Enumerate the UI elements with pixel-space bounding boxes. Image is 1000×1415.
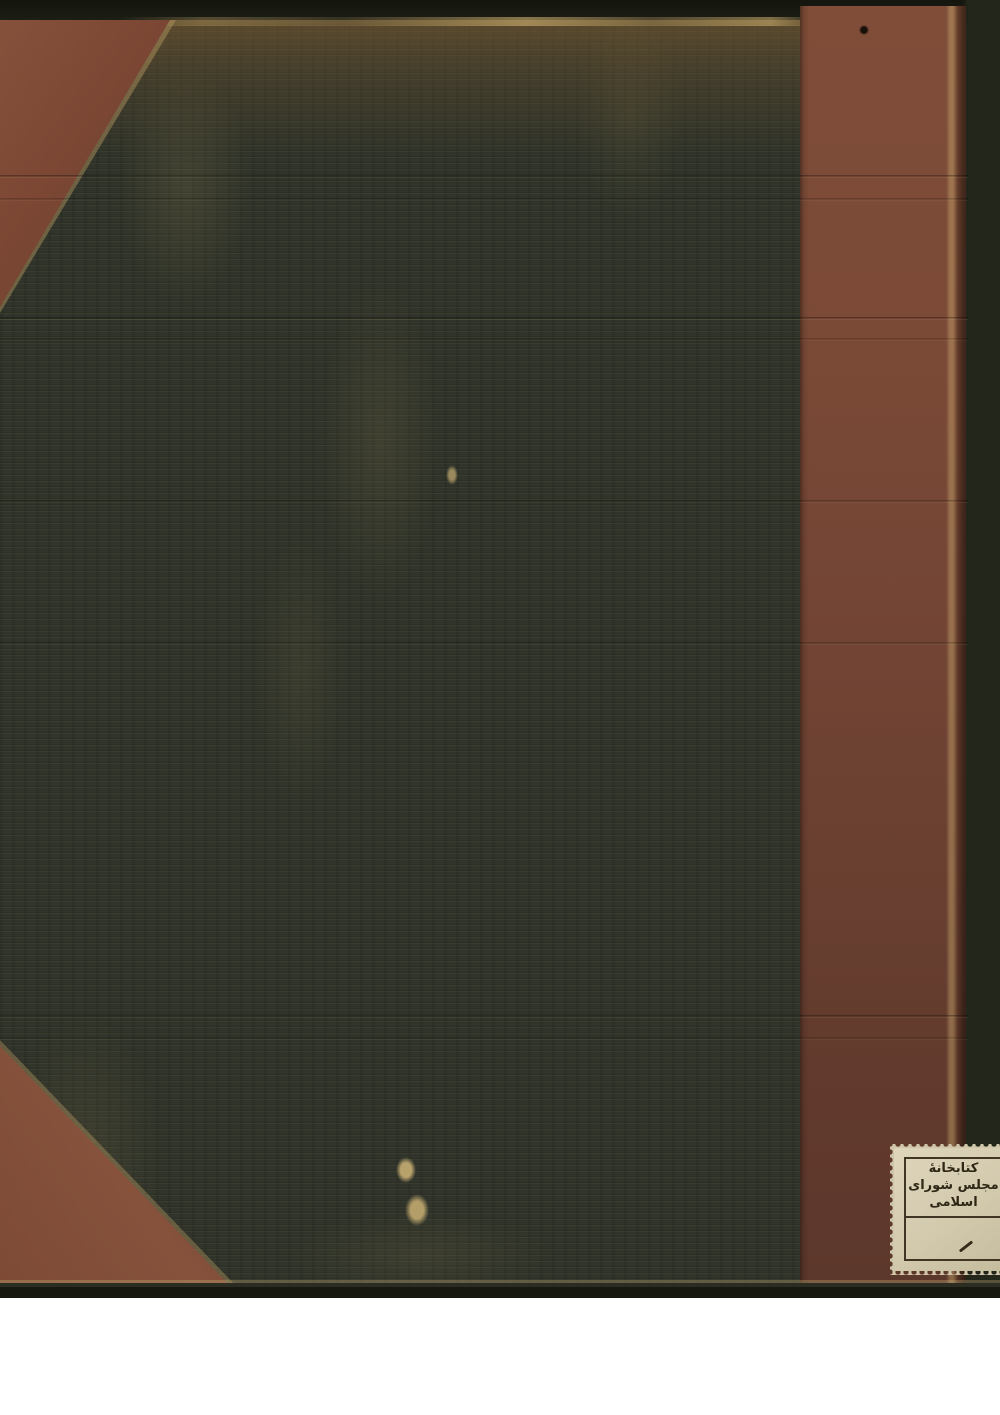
label-divider-line bbox=[906, 1216, 1000, 1218]
scanned-photo: کتابخانهٔ مجلس شورای اسلامی bbox=[0, 0, 1000, 1415]
crease-line bbox=[0, 642, 968, 645]
pen-mark bbox=[959, 1240, 973, 1252]
crease-line bbox=[0, 175, 968, 178]
label-body: کتابخانهٔ مجلس شورای اسلامی bbox=[894, 1148, 1000, 1271]
label-line-3: اسلامی bbox=[907, 1194, 1000, 1211]
book-back-cover: کتابخانهٔ مجلس شورای اسلامی bbox=[0, 0, 1000, 1298]
crease-line bbox=[0, 1015, 968, 1018]
library-label: کتابخانهٔ مجلس شورای اسلامی bbox=[890, 1144, 1000, 1275]
label-text: کتابخانهٔ مجلس شورای اسلامی bbox=[907, 1160, 1000, 1211]
label-line-1: کتابخانهٔ bbox=[907, 1160, 1000, 1177]
label-frame: کتابخانهٔ مجلس شورای اسلامی bbox=[904, 1157, 1000, 1261]
label-line-2: مجلس شورای bbox=[907, 1177, 1000, 1194]
crease-line bbox=[0, 500, 968, 503]
crease-line bbox=[0, 317, 968, 320]
crease-line bbox=[0, 1037, 968, 1040]
crease-line bbox=[0, 338, 968, 341]
crease-line bbox=[0, 198, 968, 201]
scanner-background bbox=[0, 1298, 1000, 1415]
bottom-board-edge bbox=[0, 1280, 1000, 1298]
top-edge-wear bbox=[120, 17, 820, 26]
